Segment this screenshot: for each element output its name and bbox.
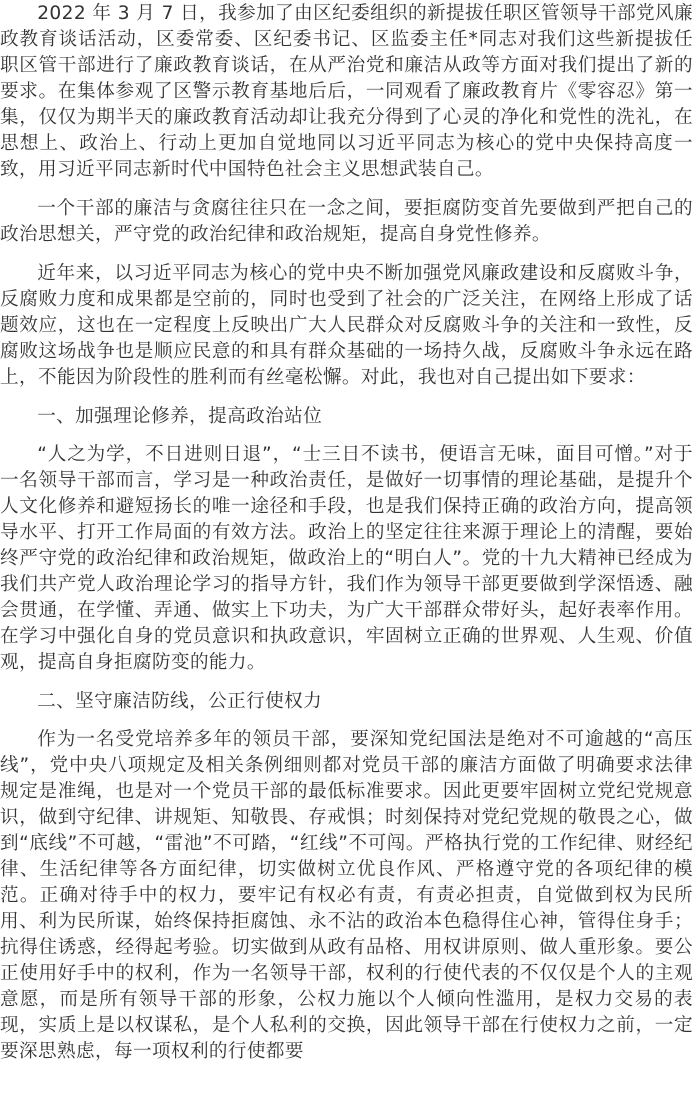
paragraph-integrity: 一个干部的廉洁与贪腐往往只在一念之间，要拒腐防变首先要做到严把自己的政治思想关，… xyxy=(0,196,693,248)
section-heading-2: 二、坚守廉洁防线，公正行使权力 xyxy=(0,689,693,715)
paragraph-anti-corruption: 近年来，以习近平同志为核心的党中央不断加强党风廉政建设和反腐败斗争，反腐败力度和… xyxy=(0,261,693,391)
paragraph-integrity-defense: 作为一名受党培养多年的领员干部，要深知党纪国法是绝对不可逾越的“高压线”，党中央… xyxy=(0,727,693,1065)
article-body: 2022 年 3 月 7 日，我参加了由区纪委组织的新提拔任职区管领导干部党风廉… xyxy=(0,0,693,1078)
section-heading-1: 一、加强理论修养，提高政治站位 xyxy=(0,404,693,430)
paragraph-theory-study: “人之为学，不日进则日退”，“士三日不读书，便语言无味，面目可憎。”对于一名领导… xyxy=(0,442,693,676)
paragraph-intro: 2022 年 3 月 7 日，我参加了由区纪委组织的新提拔任职区管领导干部党风廉… xyxy=(0,1,693,183)
